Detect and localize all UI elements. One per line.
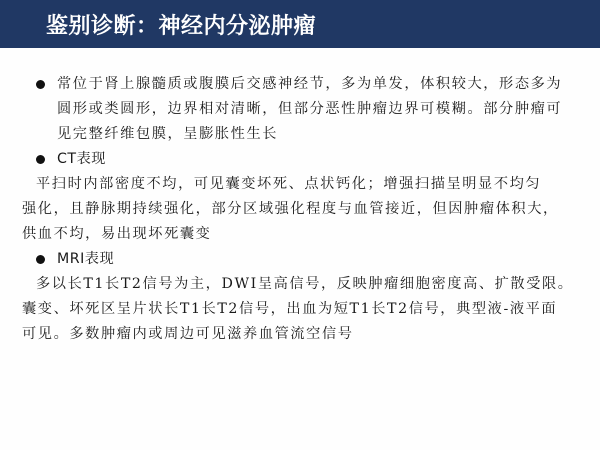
text-line: 见完整纤维包膜，呈膨胀性生长 [57,122,576,147]
slide-title: 鉴别诊断：神经内分泌肿瘤 [46,9,316,40]
section-heading-mri: MRI表现 [57,247,576,272]
bullet-icon [36,255,45,264]
text-line: 供血不均，易出现坏死囊变 [22,222,576,247]
ct-paragraph: 平扫时内部密度不均，可见囊变坏死、点状钙化；增强扫描呈明显不均匀 强化，且静脉期… [22,172,576,247]
bullet-mri-heading: MRI表现 [36,247,576,272]
slide-content: 常位于肾上腺髓质或腹膜后交感神经节，多为单发，体积较大，形态多为 圆形或类圆形，… [36,72,576,347]
text-line: 圆形或类圆形，边界相对清晰，但部分恶性肿瘤边界可模糊。部分肿瘤可 [57,97,576,122]
bullet-text: 常位于肾上腺髓质或腹膜后交感神经节，多为单发，体积较大，形态多为 圆形或类圆形，… [57,72,576,147]
bullet-icon [36,155,45,164]
bullet-ct-heading: CT表现 [36,147,576,172]
text-line: 常位于肾上腺髓质或腹膜后交感神经节，多为单发，体积较大，形态多为 [57,72,576,97]
text-line: 囊变、坏死区呈片状长T1长T2信号，出血为短T1长T2信号，典型液-液平面 [22,297,576,322]
text-line: 多以长T1长T2信号为主，DWI呈高信号，反映肿瘤细胞密度高、扩散受限。 [22,272,576,297]
text-line: 平扫时内部密度不均，可见囊变坏死、点状钙化；增强扫描呈明显不均匀 [22,172,576,197]
section-heading-ct: CT表现 [57,147,576,172]
bullet-icon [36,80,45,89]
bullet-location: 常位于肾上腺髓质或腹膜后交感神经节，多为单发，体积较大，形态多为 圆形或类圆形，… [36,72,576,147]
slide-header: 鉴别诊断：神经内分泌肿瘤 [0,0,600,48]
mri-paragraph: 多以长T1长T2信号为主，DWI呈高信号，反映肿瘤细胞密度高、扩散受限。 囊变、… [22,272,576,347]
text-line: 强化，且静脉期持续强化，部分区域强化程度与血管接近，但因肿瘤体积大， [22,197,576,222]
text-line: 可见。多数肿瘤内或周边可见滋养血管流空信号 [22,322,576,347]
